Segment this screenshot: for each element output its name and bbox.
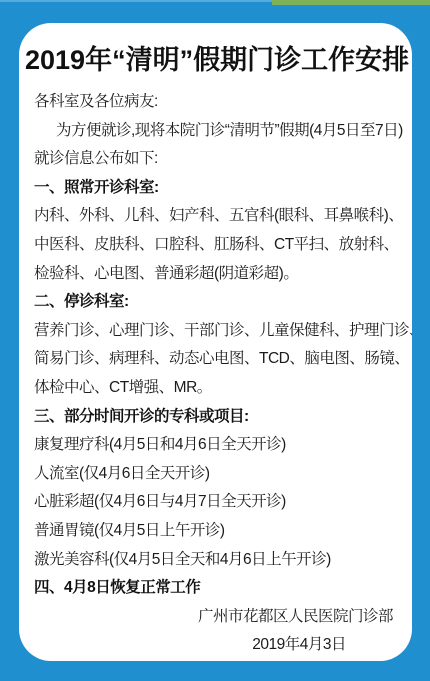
open-departments-line-3: 检验科、心电图、普通彩超(阴道彩超)。 bbox=[34, 260, 408, 289]
section-4-heading: 四、4月8日恢复正常工作 bbox=[34, 574, 408, 603]
closed-departments-line-2: 简易门诊、病理科、动态心电图、TCD、脑电图、肠镜、 bbox=[34, 345, 408, 374]
section-3-heading: 三、部分时间开诊的专科或项目: bbox=[34, 403, 408, 432]
notice-page: { "colors": { "background_blue": "#1f8fd… bbox=[0, 0, 430, 681]
notice-panel: 2019年“清明”假期门诊工作安排 各科室及各位病友: 为方便就诊,现将本院门诊… bbox=[19, 23, 412, 661]
section-1-heading: 一、照常开诊科室: bbox=[34, 174, 408, 203]
closed-departments-line-1: 营养门诊、心理门诊、干部门诊、儿童保健科、护理门诊、 bbox=[34, 317, 408, 346]
partial-schedule-line-4: 普通胃镜(仅4月5日上午开诊) bbox=[34, 517, 408, 546]
open-departments-line-2: 中医科、皮肤科、口腔科、肛肠科、CT平扫、放射科、 bbox=[34, 231, 408, 260]
partial-schedule-line-1: 康复理疗科(4月5日和4月6日全天开诊) bbox=[34, 431, 408, 460]
intro-line-2: 就诊信息公布如下: bbox=[34, 145, 408, 174]
salutation-line: 各科室及各位病友: bbox=[34, 88, 408, 117]
section-2-heading: 二、停诊科室: bbox=[34, 288, 408, 317]
top-hairline-accent bbox=[0, 0, 272, 2]
top-green-accent-strip bbox=[272, 0, 430, 5]
closed-departments-line-3: 体检中心、CT增强、MR。 bbox=[34, 374, 408, 403]
notice-body: 各科室及各位病友: 为方便就诊,现将本院门诊“清明节”假期(4月5日至7日) 就… bbox=[19, 88, 412, 660]
open-departments-line-1: 内科、外科、儿科、妇产科、五官科(眼科、耳鼻喉科)、 bbox=[34, 202, 408, 231]
signature-date: 2019年4月3日 bbox=[34, 631, 408, 660]
partial-schedule-line-2: 人流室(仅4月6日全天开诊) bbox=[34, 460, 408, 489]
partial-schedule-line-5: 激光美容科(仅4月5日全天和4月6日上午开诊) bbox=[34, 546, 408, 575]
signature-organization: 广州市花都区人民医院门诊部 bbox=[34, 603, 408, 632]
partial-schedule-line-3: 心脏彩超(仅4月6日与4月7日全天开诊) bbox=[34, 488, 408, 517]
intro-line-1: 为方便就诊,现将本院门诊“清明节”假期(4月5日至7日) bbox=[34, 117, 408, 146]
notice-title: 2019年“清明”假期门诊工作安排 bbox=[25, 44, 406, 76]
